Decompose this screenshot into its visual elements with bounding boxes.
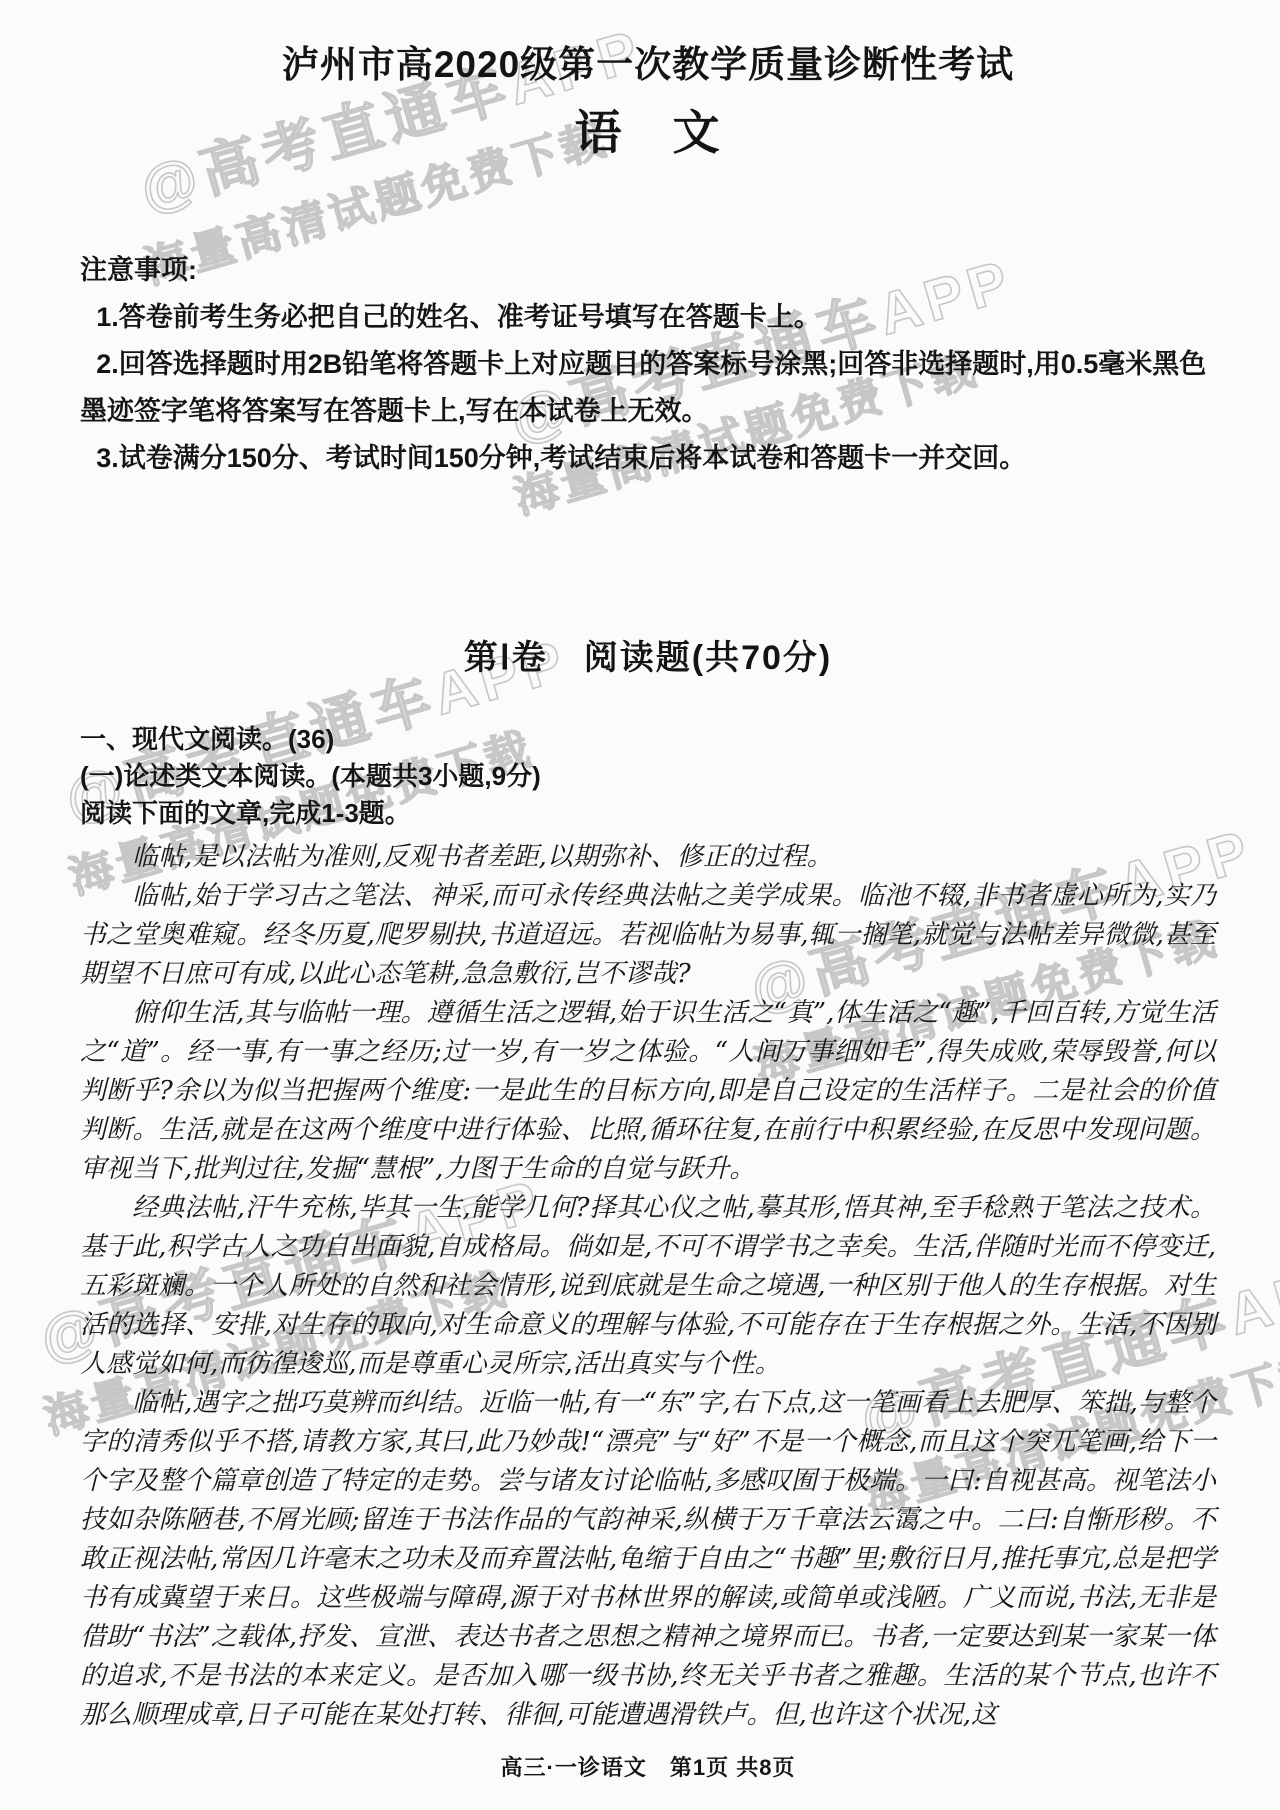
essay-paragraph: 俯仰生活,其与临帖一理。遵循生活之逻辑,始于识生活之“真”,体生活之“趣”,千回… xyxy=(80,994,1216,1189)
reading-instruction: 阅读下面的文章,完成1-3题。 xyxy=(80,795,1216,832)
subpart-heading: (一)论述类文本阅读。(本题共3小题,9分) xyxy=(80,758,1216,795)
part-headings: 一、现代文阅读。(36) (一)论述类文本阅读。(本题共3小题,9分) 阅读下面… xyxy=(80,721,1216,832)
notice-section: 注意事项: 1.答卷前考生务必把自己的姓名、准考证号填写在答题卡上。 2.回答选… xyxy=(80,247,1216,482)
exam-page-content: 泸州市高2020级第一次教学质量诊断性考试 语 文 注意事项: 1.答卷前考生务… xyxy=(0,0,1280,1810)
essay-paragraph: 临帖,遇字之拙巧莫辨而纠结。近临一帖,有一“东”字,右下点,这一笔画看上去肥厚、… xyxy=(80,1384,1216,1735)
essay-body: 临帖,是以法帖为准则,反观书者差距,以期弥补、修正的过程。 临帖,始于学习古之笔… xyxy=(80,838,1216,1735)
exam-paper-page: { "doc": { "title": "泸州市高2020级第一次教学质量诊断性… xyxy=(0,0,1280,1810)
section-title: 第Ⅰ卷 阅读题(共70分) xyxy=(80,630,1216,679)
essay-paragraph: 经典法帖,汗牛充栋,毕其一生,能学几何?择其心仪之帖,摹其形,悟其神,至手稔熟于… xyxy=(80,1189,1216,1384)
notice-item-3: 3.试卷满分150分、考试时间150分钟,考试结束后将本试卷和答题卡一并交回。 xyxy=(80,435,1216,482)
exam-title: 泸州市高2020级第一次教学质量诊断性考试 xyxy=(80,34,1216,88)
notice-item-1: 1.答卷前考生务必把自己的姓名、准考证号填写在答题卡上。 xyxy=(80,294,1216,341)
page-footer: 高三·一诊语文 第1页 共8页 xyxy=(80,1751,1216,1782)
essay-paragraph: 临帖,始于学习古之笔法、神采,而可永传经典法帖之美学成果。临池不辍,非书者虚心所… xyxy=(80,877,1216,994)
part-heading: 一、现代文阅读。(36) xyxy=(80,721,1216,758)
notice-item-2: 2.回答选择题时用2B铅笔将答题卡上对应题目的答案标号涂黑;回答非选择题时,用0… xyxy=(80,341,1216,435)
exam-subject: 语 文 xyxy=(80,96,1216,163)
essay-paragraph: 临帖,是以法帖为准则,反观书者差距,以期弥补、修正的过程。 xyxy=(80,838,1216,877)
notice-heading: 注意事项: xyxy=(80,247,1216,294)
